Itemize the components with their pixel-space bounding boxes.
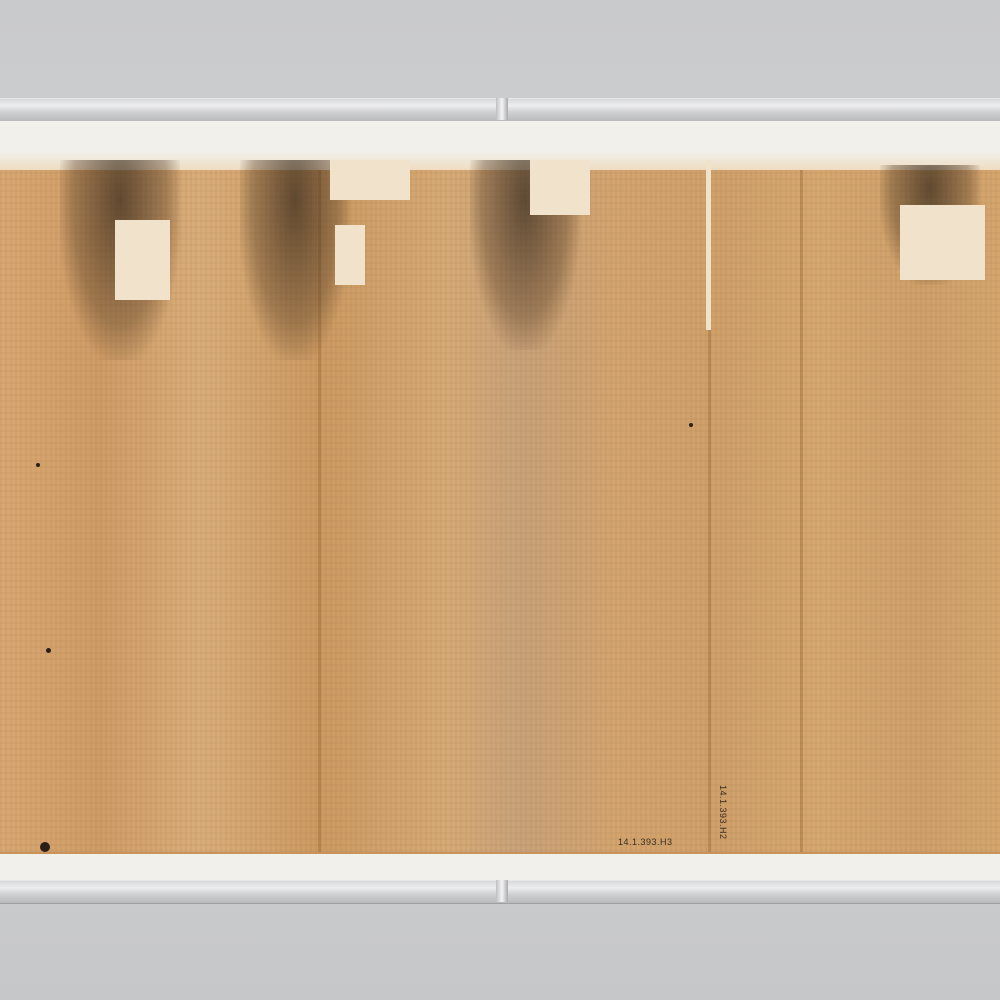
ink-spot bbox=[36, 463, 40, 467]
papyrus-seam bbox=[800, 152, 803, 852]
papyrus-loss bbox=[330, 160, 410, 200]
papyrus-loss bbox=[335, 225, 365, 285]
papyrus-loss bbox=[115, 220, 170, 300]
papyrus-loss bbox=[530, 160, 590, 215]
inventory-label-h3: 14.1.393.H3 bbox=[618, 837, 673, 847]
ink-spot bbox=[46, 648, 51, 653]
frame-clip-top bbox=[496, 98, 508, 120]
ink-spot bbox=[689, 423, 693, 427]
papyrus-crack bbox=[706, 160, 711, 330]
ink-spot bbox=[40, 842, 50, 852]
inventory-label-h2: 14.1.393.H2 bbox=[718, 785, 728, 840]
frame-clip-bottom bbox=[496, 880, 508, 902]
papyrus-loss bbox=[900, 205, 985, 280]
